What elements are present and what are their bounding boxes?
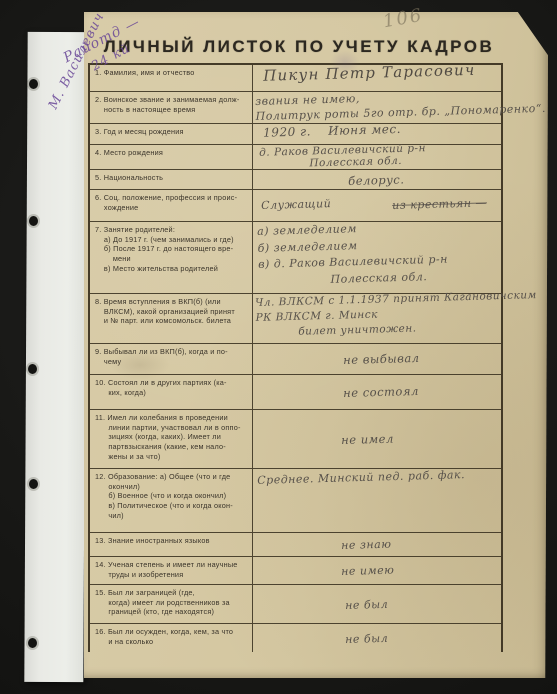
handwritten-answer: Служащий [261, 197, 331, 212]
handwritten-answer: белорус. [348, 172, 405, 188]
handwritten-answer: не имел [341, 432, 394, 447]
table-row-8: 8. Время вступления в ВКП(б) (или ВЛКСМ)… [90, 294, 501, 344]
table-row-5: 5. Национальность белорус. [90, 170, 501, 190]
field-answer-cell: д. Раков Василевичский р-н Полесская обл… [253, 145, 501, 169]
handwritten-answer: не был [345, 597, 388, 611]
table-row-3: 3. Год и месяц рождения 1920 г. Июня мес… [90, 124, 501, 145]
table-row-9: 9. Выбывал ли из ВКП(б), когда и по- чем… [90, 344, 501, 375]
personnel-form-table: 1. Фамилия, имя и отчество Пикун Петр Та… [88, 63, 503, 652]
field-answer-cell: звания не имею, Политрук роты 5го отр. б… [253, 92, 545, 123]
form-title: ЛИЧНЫЙ ЛИСТОК ПО УЧЕТУ КАДРОВ [84, 37, 514, 57]
handwritten-answer: Среднее. Минский пед. раб. фак. [253, 465, 465, 487]
field-label: 16. Был ли осужден, когда, кем, за что и… [90, 624, 253, 652]
field-answer-cell: не был [253, 624, 501, 652]
field-answer-cell: Чл. ВЛКСМ с 1.1.1937 принят Кагановичски… [253, 294, 537, 343]
field-label: 8. Время вступления в ВКП(б) (или ВЛКСМ)… [90, 294, 253, 343]
field-answer-cell: не имел [253, 410, 501, 468]
page-edge-strip [24, 32, 86, 682]
handwritten-answer: не знаю [341, 538, 392, 552]
handwritten-answer: 1920 г. Июня мес. [253, 122, 401, 140]
handwritten-answer: не был [345, 631, 388, 645]
handwritten-answer: а) земледелием б) земледелием в) д. Рако… [253, 219, 449, 290]
table-row-16: 16. Был ли осужден, когда, кем, за что и… [90, 624, 501, 652]
field-label: 15. Был ли заграницей (где, когда) имеет… [90, 585, 253, 623]
table-row-7: 7. Занятие родителей: а) До 1917 г. (чем… [90, 222, 501, 294]
field-label: 1. Фамилия, имя и отчество [90, 65, 253, 91]
table-row-15: 15. Был ли заграницей (где, когда) имеет… [90, 585, 501, 624]
punch-hole [28, 638, 37, 648]
handwritten-answer: Пикун Петр Тарасович [253, 61, 476, 85]
field-answer-cell: а) земледелием б) земледелием в) д. Рако… [253, 222, 501, 293]
punch-hole [28, 364, 37, 374]
field-answer-cell: белорус. [253, 170, 501, 189]
field-label: 5. Национальность [90, 170, 253, 189]
table-row-12: 12. Образование: а) Общее (что и где око… [90, 469, 501, 533]
field-label: 14. Ученая степень и имеет ли научные тр… [90, 557, 253, 584]
field-answer-cell: не знаю [253, 533, 501, 556]
table-row-13: 13. Знание иностранных языков не знаю [90, 533, 501, 557]
field-answer-cell: не выбывал [253, 344, 501, 374]
document-paper: ЛИЧНЫЙ ЛИСТОК ПО УЧЕТУ КАДРОВ 1. Фамилия… [84, 12, 548, 678]
field-label: 12. Образование: а) Общее (что и где око… [90, 469, 253, 532]
scan-background: ЛИЧНЫЙ ЛИСТОК ПО УЧЕТУ КАДРОВ 1. Фамилия… [0, 0, 557, 694]
table-row-10: 10. Состоял ли в других партиях (ка- ких… [90, 375, 501, 410]
field-answer-cell: Служащий из крестьян — [253, 190, 501, 221]
punch-hole [29, 216, 38, 226]
field-label: 4. Место рождения [90, 145, 253, 169]
handwritten-answer: не имею [341, 564, 394, 578]
field-label: 3. Год и месяц рождения [90, 124, 253, 144]
punch-hole [29, 79, 38, 89]
table-row-11: 11. Имел ли колебания в проведении линии… [90, 410, 501, 469]
field-label: 10. Состоял ли в других партиях (ка- ких… [90, 375, 253, 409]
handwritten-answer: звания не имею, Политрук роты 5го отр. б… [253, 86, 546, 124]
handwritten-answer: не состоял [343, 384, 419, 400]
table-row-4: 4. Место рождения д. Раков Василевичский… [90, 145, 501, 170]
field-answer-cell: 1920 г. Июня мес. [253, 124, 501, 144]
handwritten-answer: Чл. ВЛКСМ с 1.1.1937 принят Кагановичски… [253, 288, 538, 341]
table-row-6: 6. Соц. положение, профессия и проис- хо… [90, 190, 501, 222]
field-answer-cell: не был [253, 585, 501, 623]
field-label: 9. Выбывал ли из ВКП(б), когда и по- чем… [90, 344, 253, 374]
field-answer-cell: не имею [253, 557, 501, 584]
field-answer-cell: Среднее. Минский пед. раб. фак. [253, 469, 501, 532]
table-row-2: 2. Воинское звание и занимаемая долж- но… [90, 92, 501, 124]
field-label: 13. Знание иностранных языков [90, 533, 253, 556]
field-label: 2. Воинское звание и занимаемая долж- но… [90, 92, 253, 123]
handwritten-answer: д. Раков Василевичский р-н Полесская обл… [253, 142, 426, 171]
handwritten-answer: не выбывал [343, 351, 420, 367]
handwritten-answer-crossed-out: из крестьян — [392, 196, 487, 212]
table-row-14: 14. Ученая степень и имеет ли научные тр… [90, 557, 501, 585]
field-label: 11. Имел ли колебания в проведении линии… [90, 410, 253, 468]
field-label: 6. Соц. положение, профессия и проис- хо… [90, 190, 253, 221]
field-answer-cell: не состоял [253, 375, 501, 409]
punch-hole [29, 479, 38, 489]
field-label: 7. Занятие родителей: а) До 1917 г. (чем… [90, 222, 253, 293]
